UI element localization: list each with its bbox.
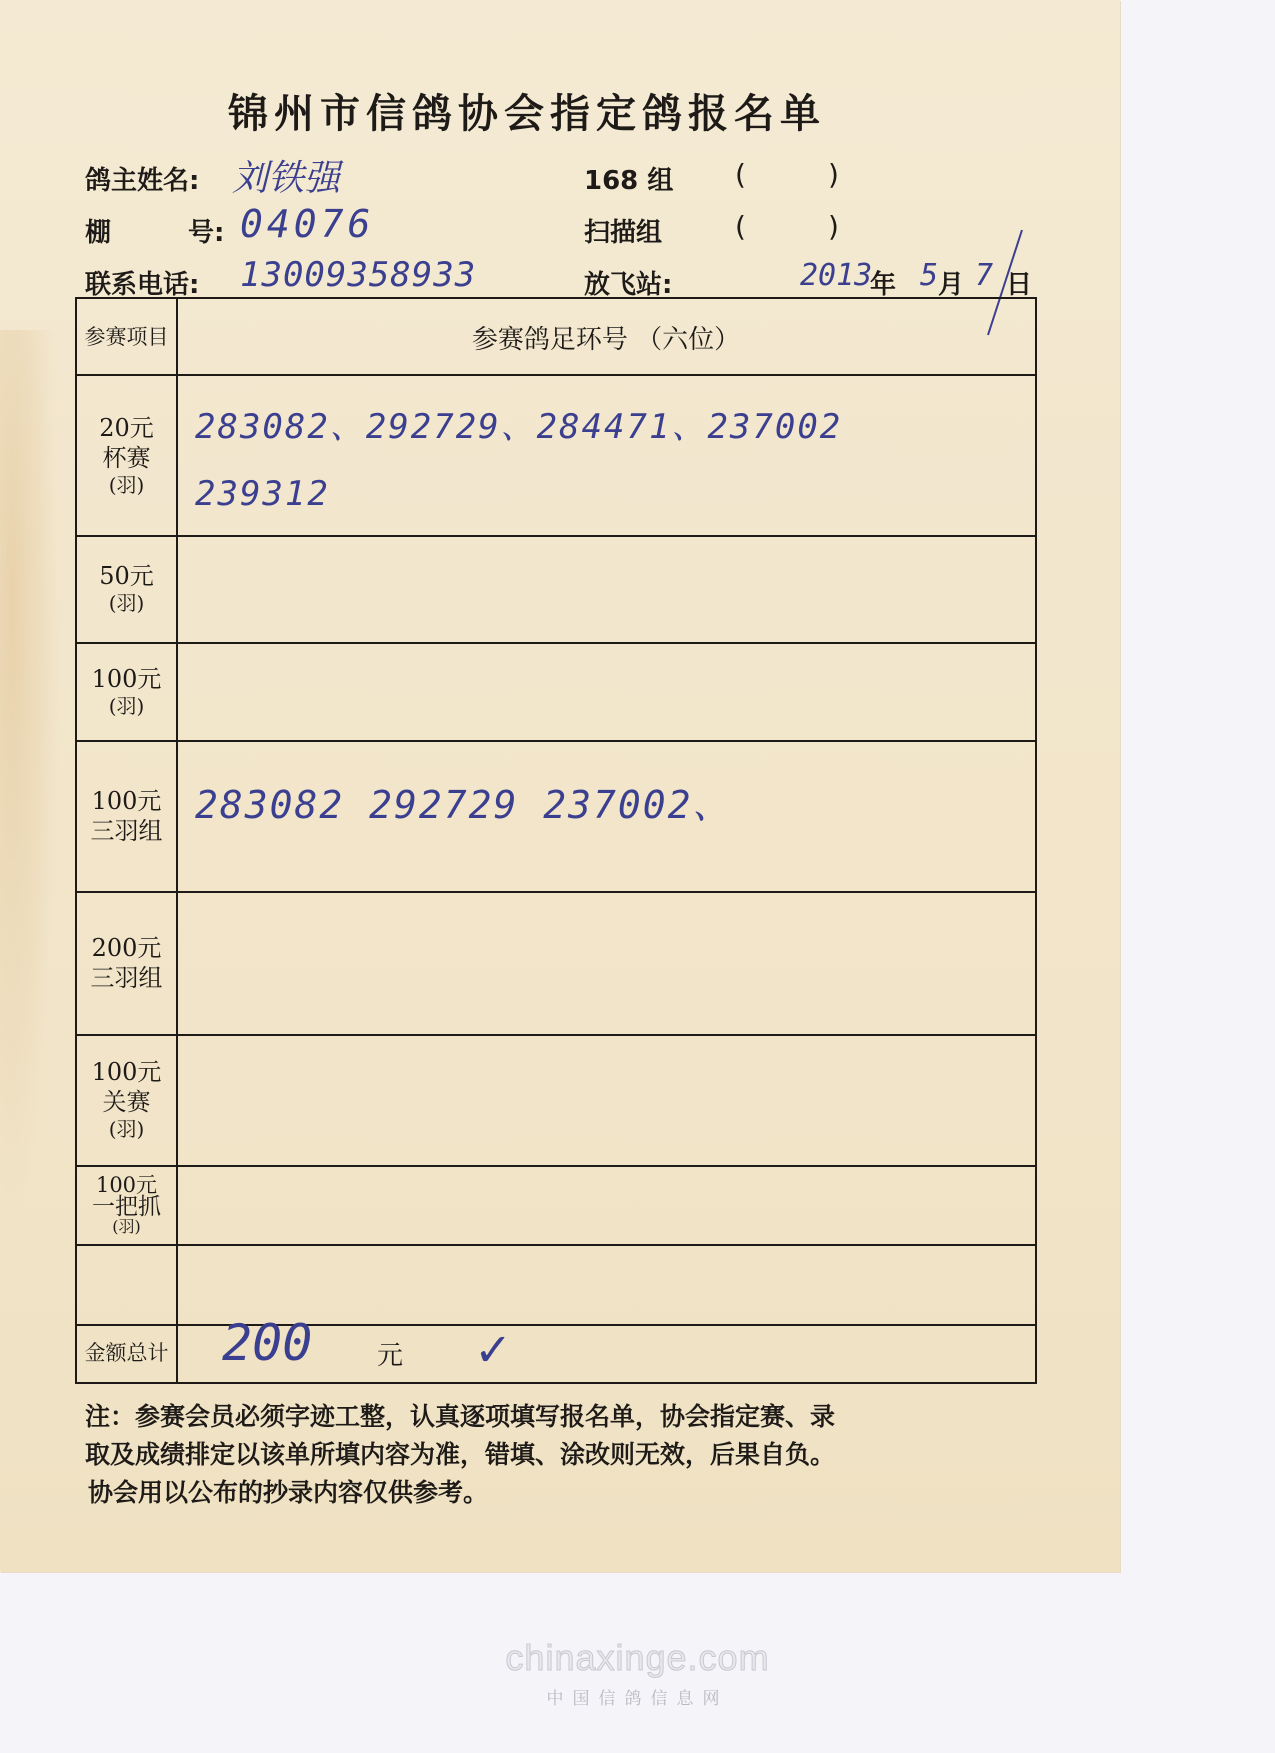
row-divider xyxy=(77,740,1035,742)
owner-name-label: 鸽主姓名: xyxy=(85,160,199,197)
category-type: 三羽组 xyxy=(91,963,163,993)
category-unit: (羽) xyxy=(109,694,145,719)
entry-table: 参赛项目 参赛鸽足环号 （六位） 20元 杯赛 (羽) 283082、29272… xyxy=(75,297,1037,1384)
check-mark-icon: ✓ xyxy=(477,1319,508,1379)
paper-stain xyxy=(0,330,60,1230)
category-unit: (羽) xyxy=(109,473,145,498)
category-cell: 20元 杯赛 (羽) xyxy=(77,375,176,535)
category-type: 杯赛 xyxy=(103,443,151,473)
watermark-site: chinaxinge.com xyxy=(0,1637,1275,1679)
category-cell: 100元 关赛 (羽) xyxy=(77,1034,176,1165)
ring-entries-line: 283082 292729 237002、 xyxy=(195,774,733,829)
row-divider xyxy=(77,1324,1035,1326)
category-unit: (羽) xyxy=(109,1117,145,1142)
row-divider xyxy=(77,374,1035,376)
group-168-open-paren: ( xyxy=(735,158,746,191)
phone-value: 13009358933 xyxy=(240,255,476,295)
category-cell: 50元 (羽) xyxy=(77,535,176,642)
row-divider xyxy=(77,891,1035,893)
ring-entries-line: 239312 xyxy=(195,474,330,514)
date-month-value: 5 xyxy=(920,258,938,293)
loft-number-label-1: 棚 xyxy=(85,212,111,249)
note-line-3: 协会用以公布的抄录内容仅供参考。 xyxy=(88,1474,1078,1512)
group-168-label: 168 组 xyxy=(584,160,673,197)
release-station-label: 放飞站: xyxy=(584,264,672,301)
paper-form: 锦州市信鸽协会指定鸽报名单 鸽主姓名: 刘铁强 棚 号: 04076 联系电话:… xyxy=(0,0,1120,1572)
scan-group-close-paren: ) xyxy=(828,210,839,243)
total-value: 200 xyxy=(222,1314,312,1372)
category-type: 一把抓 xyxy=(92,1196,161,1219)
category-price: 100元 xyxy=(92,664,162,694)
scan-group-open-paren: ( xyxy=(735,210,746,243)
note-line-2: 取及成绩排定以该单所填内容为准，错填、涂改则无效，后果自负。 xyxy=(85,1436,1075,1474)
category-type: 三羽组 xyxy=(91,816,163,846)
category-cell: 100元 (羽) xyxy=(77,642,176,740)
date-year-label: 年 xyxy=(870,264,896,301)
category-price: 100元 xyxy=(92,786,162,816)
row-divider xyxy=(77,535,1035,537)
loft-number-label-2: 号: xyxy=(188,212,224,249)
group-168-close-paren: ) xyxy=(828,158,839,191)
row-divider xyxy=(77,1165,1035,1167)
category-unit: (羽) xyxy=(112,1219,141,1235)
scan-group-label: 扫描组 xyxy=(584,212,662,249)
phone-label: 联系电话: xyxy=(85,264,199,301)
owner-name-value: 刘铁强 xyxy=(232,150,340,201)
header-category: 参赛项目 xyxy=(77,299,176,375)
ring-entries-line: 283082、292729、284471、237002 xyxy=(195,399,842,448)
category-price: 100元 xyxy=(96,1175,157,1196)
row-divider xyxy=(77,1244,1035,1246)
loft-number-value: 04076 xyxy=(240,202,374,246)
watermark-site-cn: 中国信鸽信息网 xyxy=(0,1684,1275,1709)
total-unit: 元 xyxy=(377,1335,403,1372)
category-cell: 200元 三羽组 xyxy=(77,891,176,1034)
category-cell: 100元 三羽组 xyxy=(77,740,176,891)
date-year-value: 2013 xyxy=(800,258,872,293)
header-rings: 参赛鸽足环号 （六位） xyxy=(177,299,1035,375)
category-price: 100元 xyxy=(92,1057,162,1087)
row-divider xyxy=(77,642,1035,644)
column-divider xyxy=(176,299,178,1382)
category-unit: (羽) xyxy=(109,591,145,616)
row-divider xyxy=(77,1034,1035,1036)
total-label: 金额总计 xyxy=(77,1324,176,1382)
category-type: 关赛 xyxy=(103,1087,151,1117)
category-price: 20元 xyxy=(99,413,154,443)
category-cell: 100元 一把抓 (羽) xyxy=(77,1165,176,1244)
form-title: 锦州市信鸽协会指定鸽报名单 xyxy=(228,82,928,139)
note-line-1: 注：参赛会员必须字迹工整，认真逐项填写报名单，协会指定赛、录 xyxy=(85,1398,1075,1436)
category-price: 50元 xyxy=(99,561,154,591)
category-price: 200元 xyxy=(92,933,162,963)
